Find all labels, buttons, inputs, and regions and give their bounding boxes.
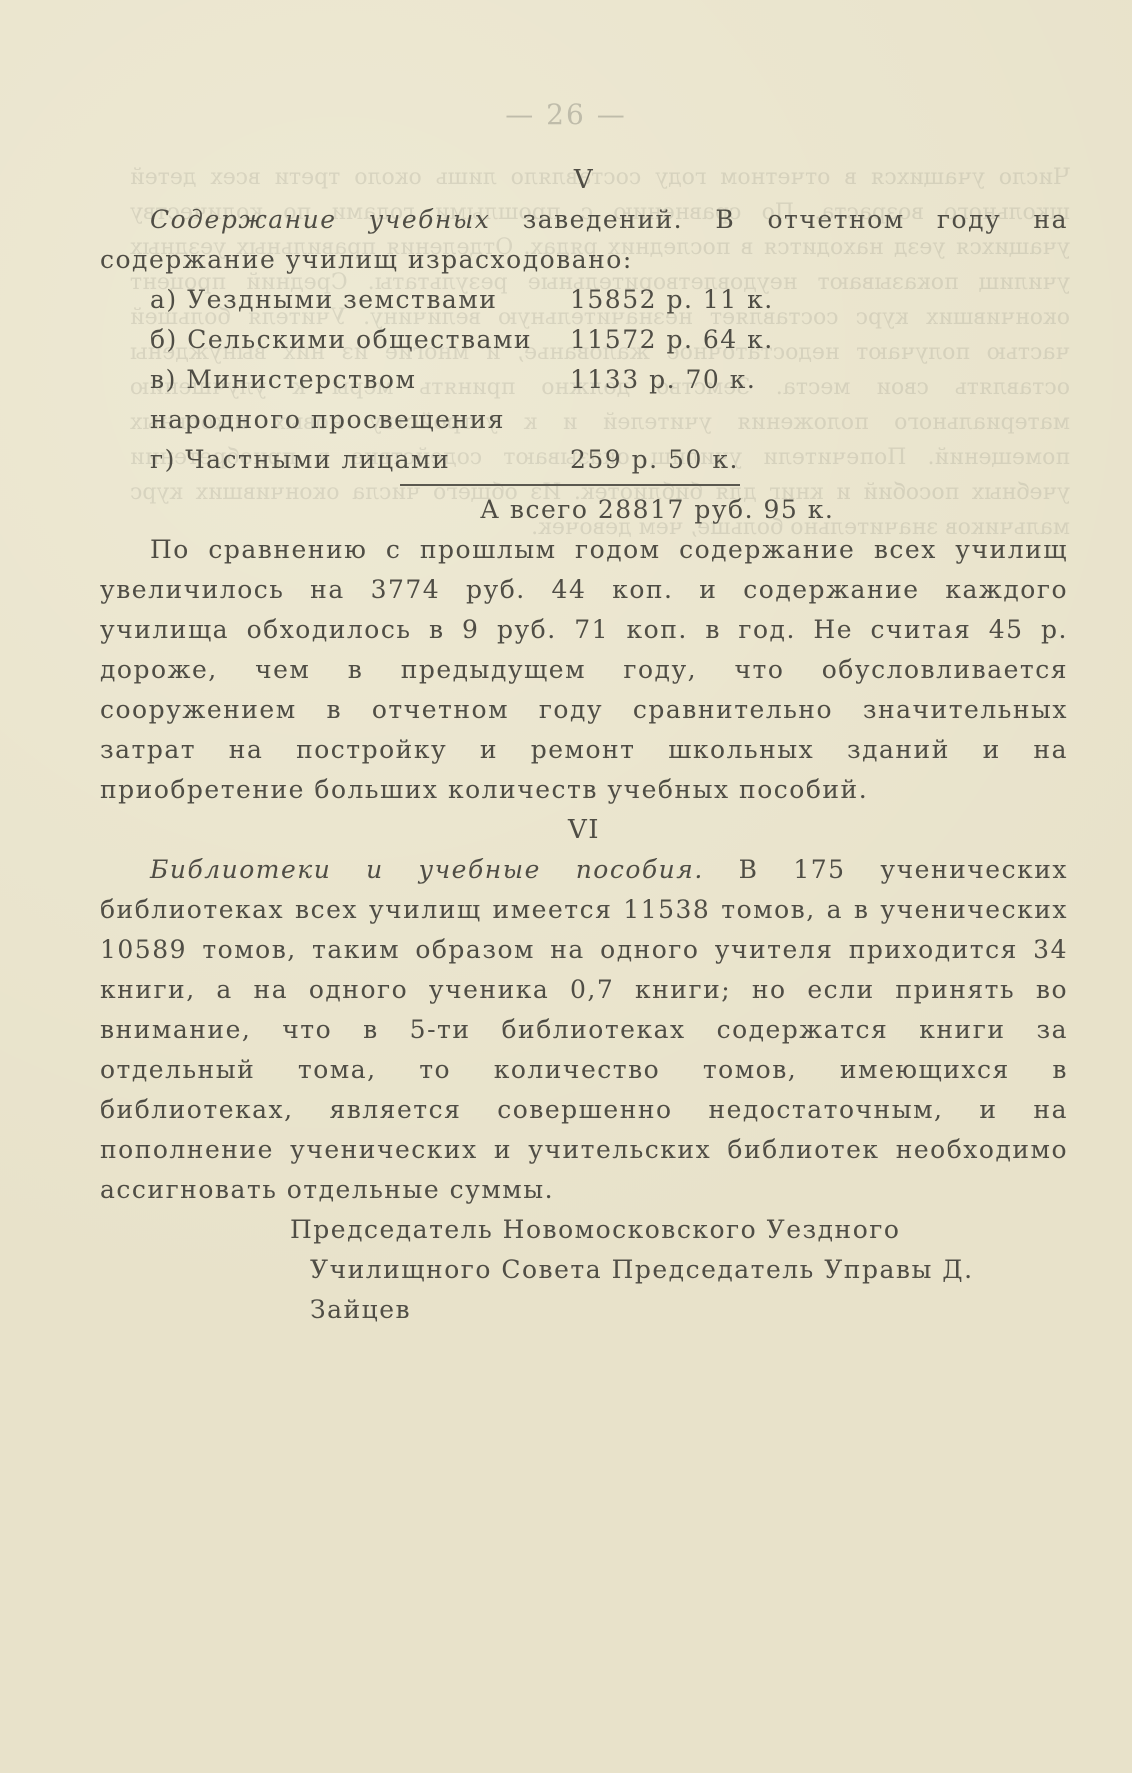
expense-row: а) Уездными земствами 15852 р. 11 к. xyxy=(150,280,1068,320)
section6-label: Библиотеки и учебные пособия. xyxy=(150,855,704,884)
expense-list: а) Уездными земствами 15852 р. 11 к. б) … xyxy=(100,280,1068,480)
section6-paragraph: Библиотеки и учебные пособия. В 175 учен… xyxy=(100,850,1068,1210)
expense-amount: 1133 р. 70 к. xyxy=(570,360,830,440)
signature-line-2: Училищного Совета Председатель Управы Д.… xyxy=(100,1250,1068,1330)
expense-label: б) Сельскими обществами xyxy=(150,320,570,360)
expense-row: б) Сельскими обществами 11572 р. 64 к. xyxy=(150,320,1068,360)
expense-amount: 11572 р. 64 к. xyxy=(570,320,830,360)
section5-paragraph: По сравнению с прошлым годом содержание … xyxy=(100,530,1068,810)
sum-rule-divider xyxy=(400,484,740,486)
section6-text: В 175 ученических библиотеках всех учили… xyxy=(100,855,1068,1204)
expense-row: г) Частными лицами 259 р. 50 к. xyxy=(150,440,1068,480)
signature-line-1: Председатель Новомосковского Уездного xyxy=(100,1210,1068,1250)
section-heading-vi: VI xyxy=(100,810,1068,850)
expense-row: в) Министерством народного просвещения 1… xyxy=(150,360,1068,440)
expense-label: а) Уездными земствами xyxy=(150,280,570,320)
section5-label: Содержание учебных xyxy=(150,205,490,234)
section5-intro: Содержание учебных заведений. В отчетном… xyxy=(100,200,1068,280)
body-text: V Содержание учебных заведений. В отчетн… xyxy=(100,160,1068,1330)
expense-label: в) Министерством народного просвещения xyxy=(150,360,570,440)
scanned-page: Число учащихся в отчетном году составлял… xyxy=(0,0,1132,1773)
expense-amount: 259 р. 50 к. xyxy=(570,440,830,480)
expense-label: г) Частными лицами xyxy=(150,440,570,480)
expense-amount: 15852 р. 11 к. xyxy=(570,280,830,320)
section-heading-v: V xyxy=(100,160,1068,200)
expense-total: А всего 28817 руб. 95 к. xyxy=(100,490,1068,530)
page-number: — 26 — xyxy=(0,98,1132,131)
